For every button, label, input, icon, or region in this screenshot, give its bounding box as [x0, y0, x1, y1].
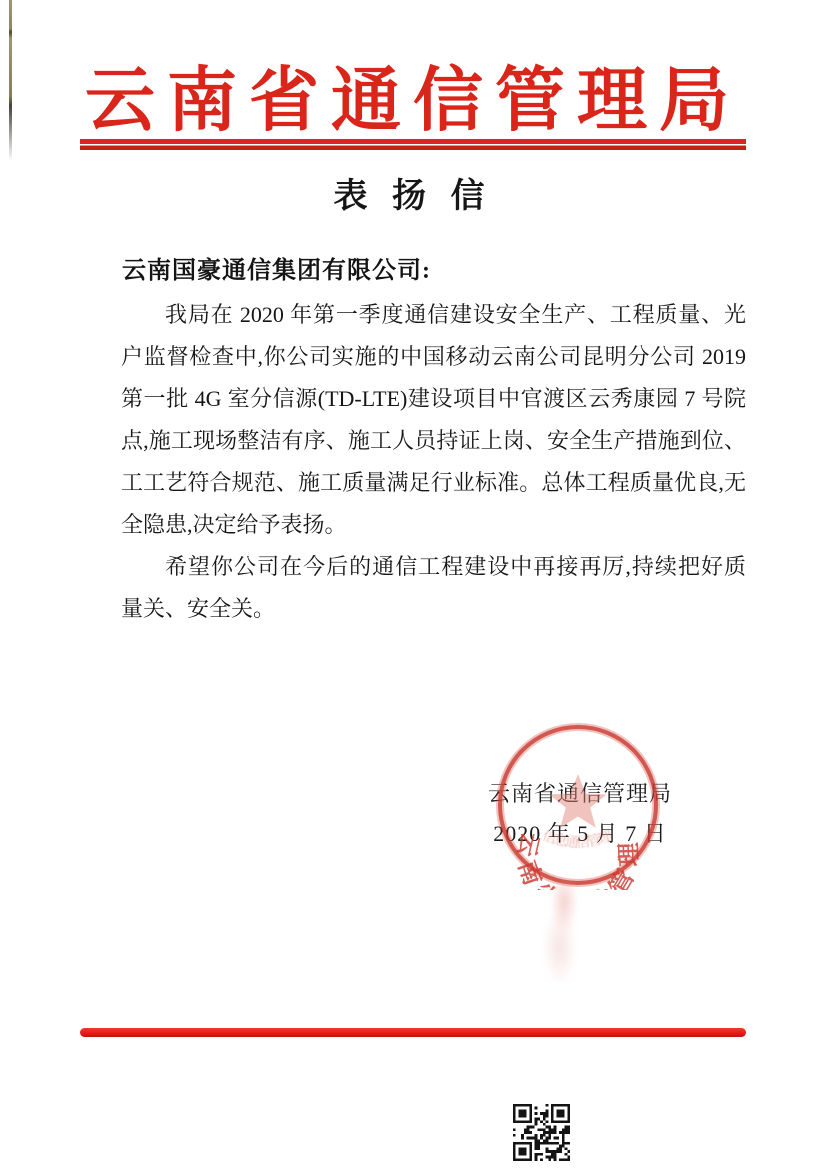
- letterhead-org-name: 云南省通信管理局: [0, 44, 826, 145]
- body-line: 第一批 4G 室分信源(TD-LTE)建设项目中官渡区云秀康园 7 号院站: [121, 378, 746, 420]
- body-line: 点,施工现场整洁有序、施工人员持证上岗、安全生产措施到位、施: [121, 420, 746, 462]
- footer-rule: [80, 1028, 746, 1037]
- signature-block: 云南省通信管理局 2020 年 5 月 7 日: [440, 774, 720, 854]
- body-line: 户监督检查中,你公司实施的中国移动云南公司昆明分公司 2019 年: [121, 336, 746, 378]
- letterhead-rule: [80, 139, 746, 150]
- body-line: 全隐患,决定给予表扬。: [121, 504, 746, 546]
- addressee-line: 云南国豪通信集团有限公司:: [122, 250, 762, 285]
- signature-org: 云南省通信管理局: [440, 774, 720, 814]
- qr-code: [513, 1104, 570, 1161]
- letter-title: 表 扬 信: [0, 168, 826, 217]
- letter-body: 我局在 2020 年第一季度通信建设安全生产、工程质量、光纤到 户监督检查中,你…: [121, 294, 746, 630]
- seal-ink-smudge: [540, 882, 584, 982]
- body-line: 工工艺符合规范、施工质量满足行业标准。总体工程质量优良,无安: [121, 462, 746, 504]
- signature-date: 2020 年 5 月 7 日: [440, 814, 720, 854]
- body-line: 我局在 2020 年第一季度通信建设安全生产、工程质量、光纤到: [121, 294, 746, 336]
- body-line: 量关、安全关。: [121, 588, 746, 630]
- letter-page: 云南省通信管理局 表 扬 信 云南国豪通信集团有限公司: 我局在 2020 年第…: [0, 0, 826, 1169]
- body-line: 希望你公司在今后的通信工程建设中再接再厉,持续把好质: [121, 546, 746, 588]
